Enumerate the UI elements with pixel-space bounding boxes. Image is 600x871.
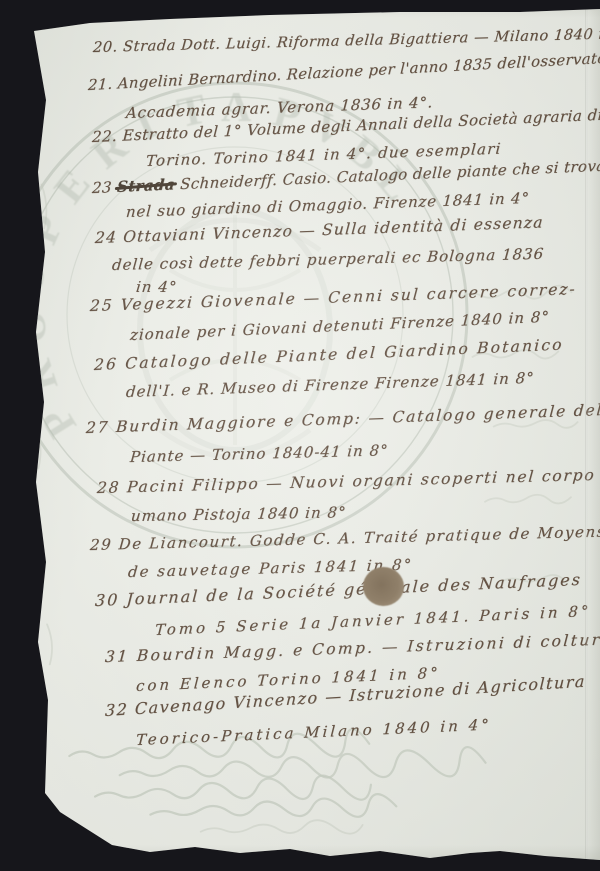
scanned-page: PROSPERITAPVBL 20. Strada Dott. Luigi. R… [0,0,600,871]
paper-sheet: PROSPERITAPVBL 20. Strada Dott. Luigi. R… [0,0,600,871]
entry-26-line-2: dell'I. e R. Museo di Firenze Firenze 18… [125,369,535,401]
ink-blot [363,567,404,606]
entry-29-line-1: 29 De Liancourt. Godde C. A. Traité prat… [89,522,600,554]
page-fold-line [585,0,588,871]
entry-24-line-2: delle così dette febbri puerperali ec Bo… [111,245,545,274]
entry-32-line-2: Teorico-Pratica Milano 1840 in 4° [135,715,492,749]
struck-word: Strada [116,175,175,196]
entry-27-line-2: Piante — Torino 1840-41 in 8° [129,441,389,466]
manuscript-text: 20. Strada Dott. Luigi. Riforma della Bi… [0,0,600,871]
entry-20-line-1: 20. Strada Dott. Luigi. Riforma della Bi… [92,26,600,56]
entry-21-line-1: 21. Angelini Bernardino. Relazione per l… [88,49,600,94]
entry-28-line-2: umano Pistoja 1840 in 8° [130,503,347,525]
entry-27-line-1: 27 Burdin Maggiore e Comp: — Catalogo ge… [85,400,600,437]
entry-28-line-1: 28 Pacini Filippo — Nuovi organi scopert… [96,466,596,497]
